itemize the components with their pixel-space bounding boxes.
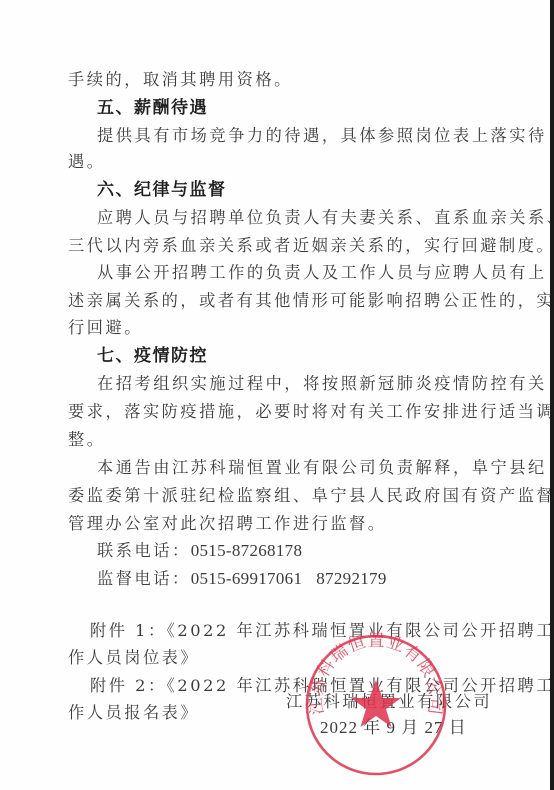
supervise-phone-label: 监督电话： [97, 569, 191, 588]
page-edge [550, 0, 554, 790]
section-heading-epidemic: 七、疫情防控 [97, 346, 208, 366]
attachment-2-title-cont: 作人员报名表》 [68, 703, 199, 723]
supervise-phone-number: 0515-69917061 [191, 569, 303, 588]
section-heading-salary: 五、薪酬待遇 [97, 98, 208, 118]
paragraph-line: 提供具有市场竞争力的待遇，具体参照岗位表上落实待 [97, 126, 547, 146]
contact-phone-number: 0515-87268178 [191, 541, 303, 560]
attachment-label: 附件 1： [90, 621, 167, 640]
supervise-phone-row: 监督电话：0515-6991706187292179 [97, 569, 387, 589]
attachment-1: 附件 1：《2022 年江苏科瑞恒置业有限公司公开招聘工 [90, 621, 554, 641]
section-heading-discipline: 六、纪律与监督 [97, 180, 227, 200]
contact-phone-row: 联系电话：0515-87268178 [97, 541, 302, 561]
supervision-line: 本通告由江苏科瑞恒置业有限公司负责解释，阜宁县纪 [97, 458, 547, 478]
paragraph-line: 行回避。 [68, 318, 143, 338]
attachment-1-title-cont: 作人员岗位表》 [68, 648, 199, 668]
signature-company: 江苏科瑞恒置业有限公司 [286, 692, 492, 712]
paragraph-line: 三代以内旁系血亲关系或者近姻亲关系的，实行回避制度。 [68, 236, 554, 256]
supervision-line: 委监委第十派驻纪检监察组、阜宁县人民政府国有资产监督 [68, 486, 554, 506]
paragraph-line: 从事公开招聘工作的负责人及工作人员与应聘人员有上 [97, 263, 547, 283]
continuation-text: 手续的，取消其聘用资格。 [68, 70, 293, 90]
paragraph-line: 要求，落实防疫措施，必要时将对有关工作安排进行适当调 [68, 402, 554, 422]
attachment-title: 《2022 年江苏科瑞恒置业有限公司公开招聘工 [167, 621, 554, 640]
attachment-label: 附件 2： [90, 676, 167, 695]
supervise-phone-number-2: 87292179 [316, 569, 386, 588]
document-page: 手续的，取消其聘用资格。 五、薪酬待遇 提供具有市场竞争力的待遇，具体参照岗位表… [0, 0, 550, 790]
supervision-line: 管理办公室对此次招聘工作进行监督。 [68, 514, 387, 534]
paragraph-line: 述亲属关系的，或者有其他情形可能影响招聘公正性的，实 [68, 291, 554, 311]
paragraph-line: 在招考组织实施过程中，将按照新冠肺炎疫情防控有关 [97, 374, 547, 394]
paragraph-line: 应聘人员与招聘单位负责人有夫妻关系、直系血亲关系、 [97, 208, 554, 228]
paragraph-line: 遇。 [68, 152, 105, 172]
signature-date: 2022 年 9 月 27 日 [320, 718, 467, 738]
paragraph-line: 整。 [68, 430, 105, 450]
contact-phone-label: 联系电话： [97, 541, 191, 560]
